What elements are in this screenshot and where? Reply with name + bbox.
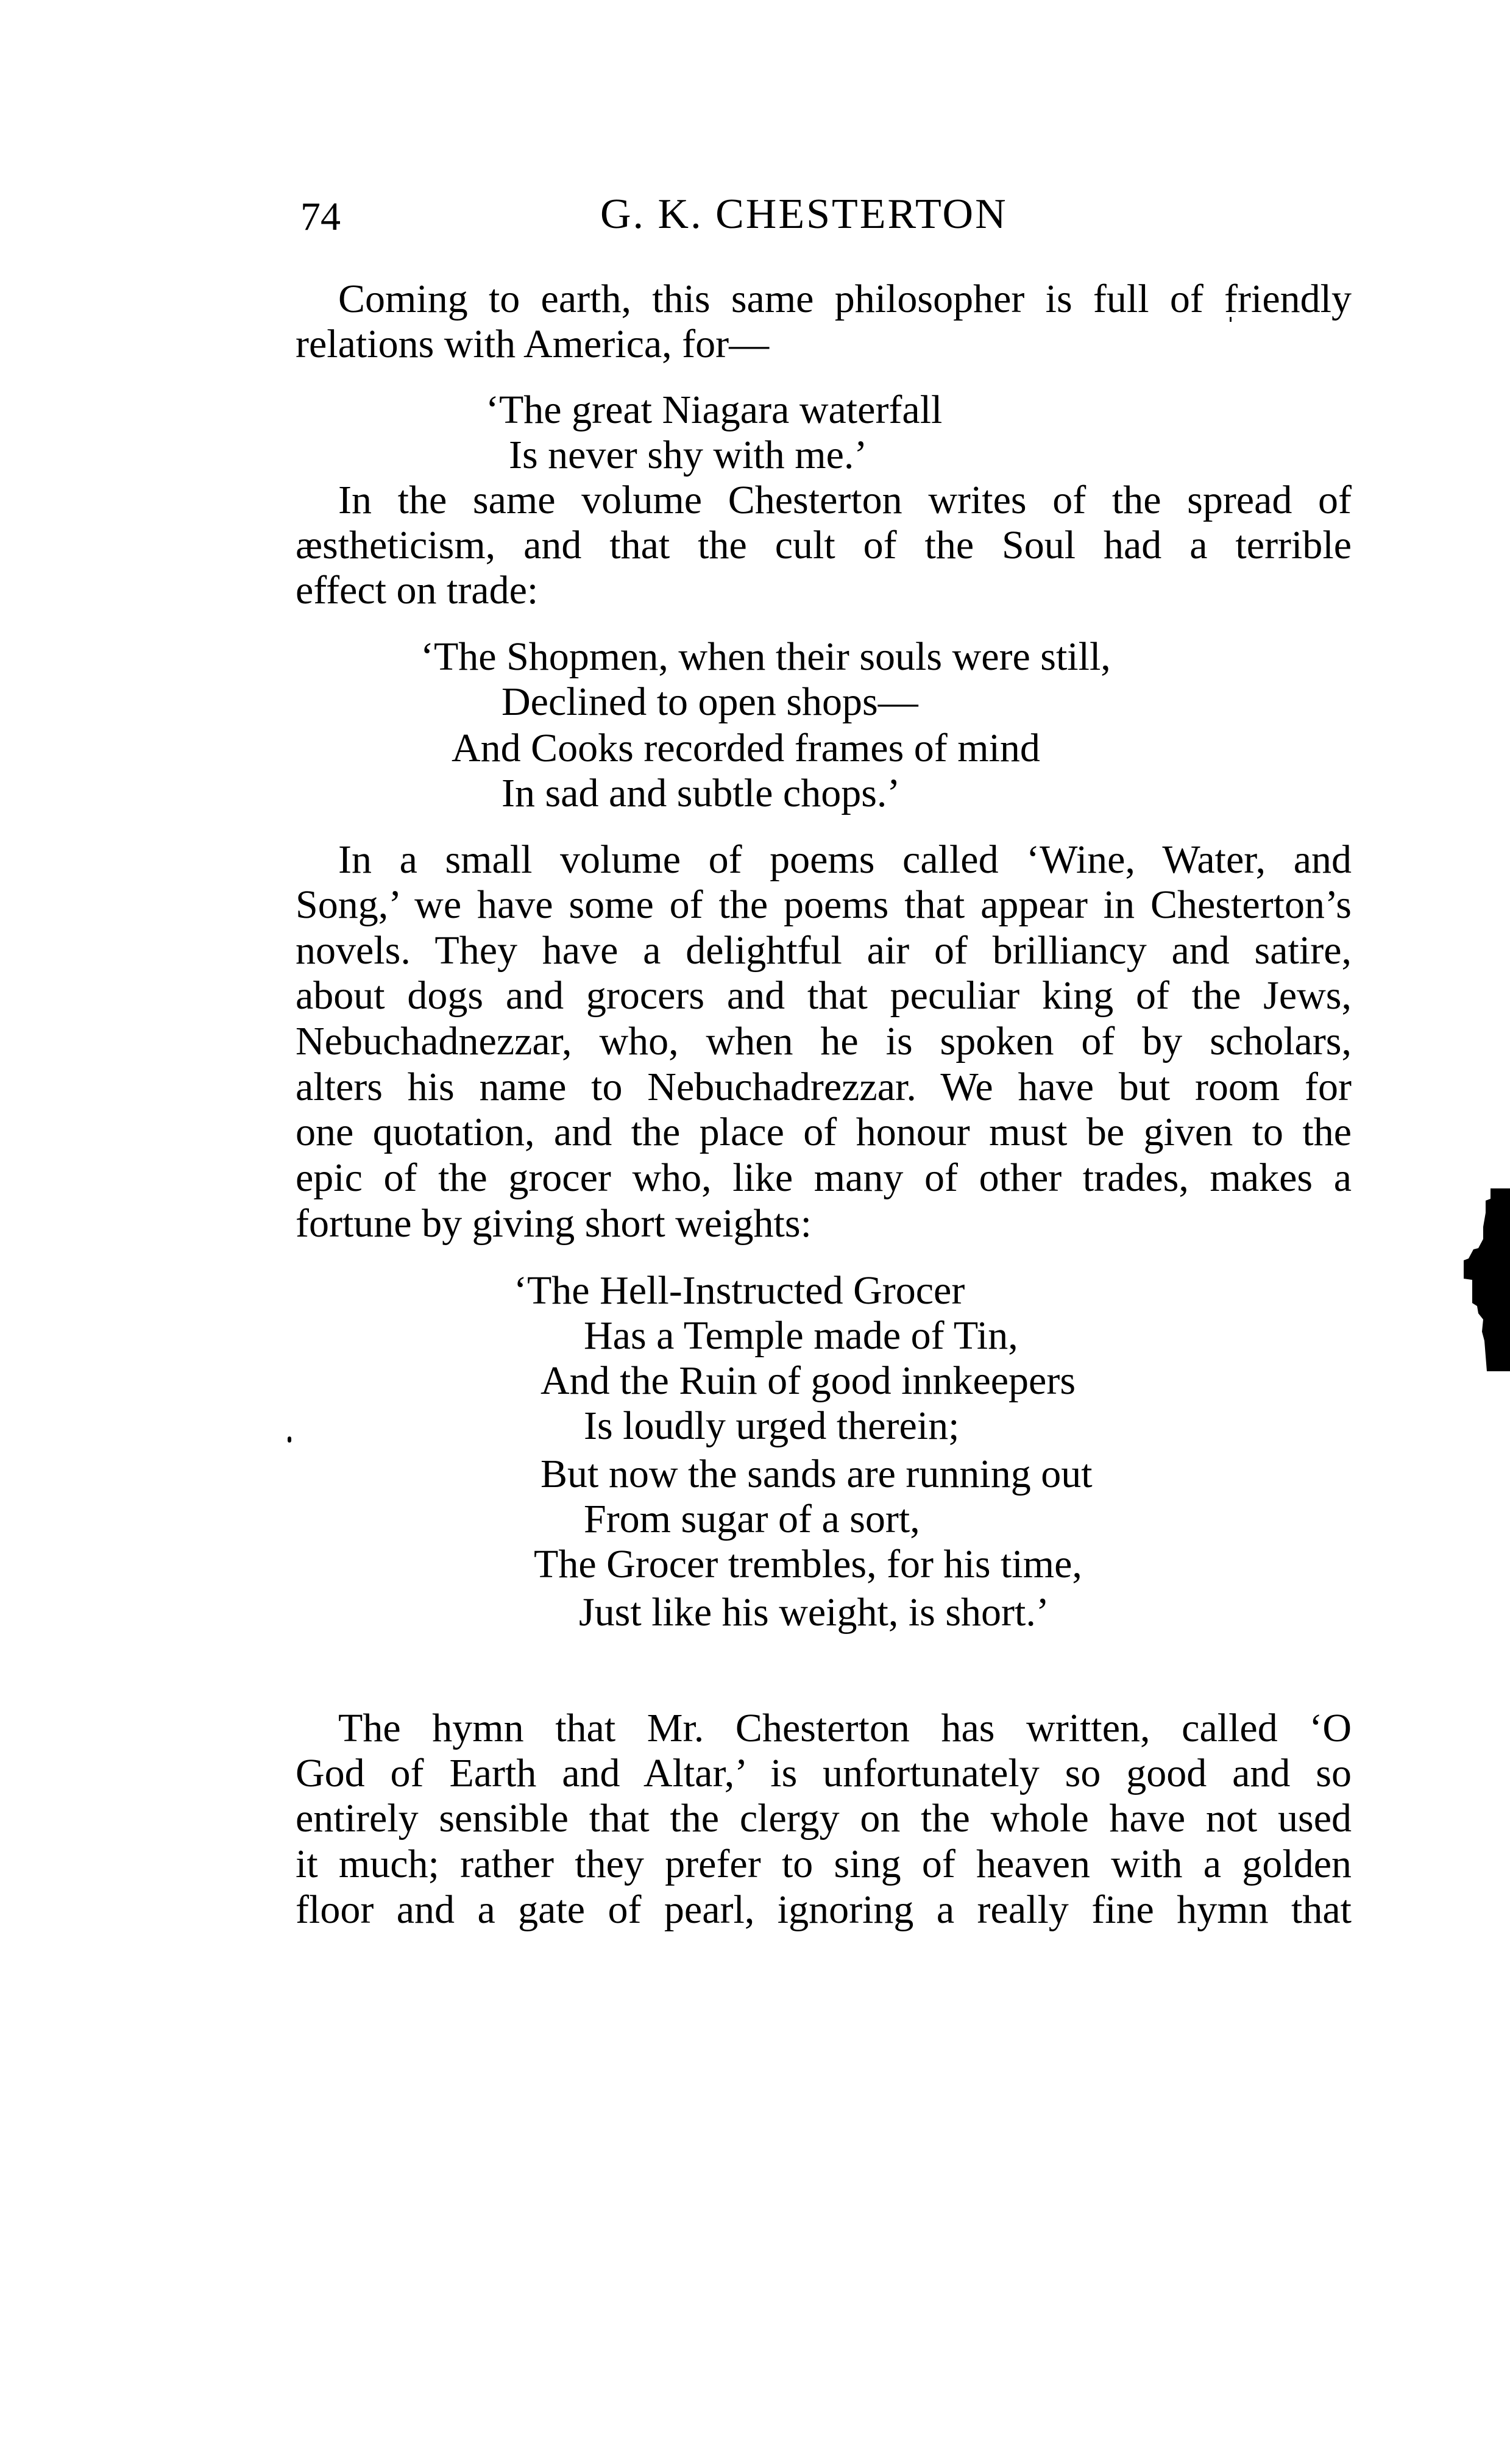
text-line: The hymn that Mr. Chesterton has written… xyxy=(338,1705,1352,1752)
text-line: In the same volume Chesterton writes of … xyxy=(338,477,1352,524)
text-line: entirely sensible that the clergy on the… xyxy=(296,1795,1352,1842)
verse-line: Is never shy with me.’ xyxy=(509,432,867,478)
scan-speck xyxy=(1230,317,1232,322)
text-line: epic of the grocer who, like many of oth… xyxy=(296,1155,1352,1201)
verse-line: The Grocer trembles, for his time, xyxy=(534,1541,1082,1588)
verse-line: ‘The great Niagara waterfall xyxy=(486,387,942,433)
text-line: relations with America, for— xyxy=(296,321,1352,367)
verse-line: In sad and subtle chops.’ xyxy=(502,770,900,817)
scan-speck xyxy=(288,1436,291,1443)
text-line: æstheticism, and that the cult of the So… xyxy=(296,522,1352,569)
text-line: Coming to earth, this same philosopher i… xyxy=(338,276,1352,322)
verse-line: Is loudly urged therein; xyxy=(584,1403,960,1449)
verse-line: Has a Temple made of Tin, xyxy=(584,1313,1018,1359)
text-line: effect on trade: xyxy=(296,567,1352,614)
verse-line: From sugar of a sort, xyxy=(584,1496,920,1543)
verse-line: Declined to open shops— xyxy=(502,679,918,725)
text-line: God of Earth and Altar,’ is unfortunatel… xyxy=(296,1750,1352,1797)
text-line: novels. They have a delightful air of br… xyxy=(296,928,1352,974)
verse-line: ‘The Shopmen, when their souls were stil… xyxy=(420,634,1111,680)
page-number: 74 xyxy=(300,194,341,240)
text-line: alters his name to Nebuchadrezzar. We ha… xyxy=(296,1064,1352,1110)
text-line: fortune by giving short weights: xyxy=(296,1201,1352,1247)
text-line: Nebuchadnezzar, who, when he is spoken o… xyxy=(296,1018,1352,1065)
text-line: In a small volume of poems called ‘Wine,… xyxy=(338,837,1352,883)
text-line: floor and a gate of pearl, ignoring a re… xyxy=(296,1887,1352,1933)
text-line: Song,’ we have some of the poems that ap… xyxy=(296,882,1352,928)
text-line: one quotation, and the place of honour m… xyxy=(296,1109,1352,1156)
running-head: G. K. CHESTERTON xyxy=(600,190,1008,239)
verse-line: ‘The Hell-Instructed Grocer xyxy=(514,1268,965,1314)
text-line: it much; rather they prefer to sing of h… xyxy=(296,1841,1352,1887)
verse-line: But now the sands are running out xyxy=(541,1451,1093,1497)
text-line: about dogs and grocers and that peculiar… xyxy=(296,973,1352,1019)
verse-line: Just like his weight, is short.’ xyxy=(579,1589,1049,1636)
verse-line: And Cooks recorded frames of mind xyxy=(452,725,1040,772)
page-edge-mark xyxy=(1456,1188,1510,1371)
verse-line: And the Ruin of good innkeepers xyxy=(541,1358,1076,1404)
